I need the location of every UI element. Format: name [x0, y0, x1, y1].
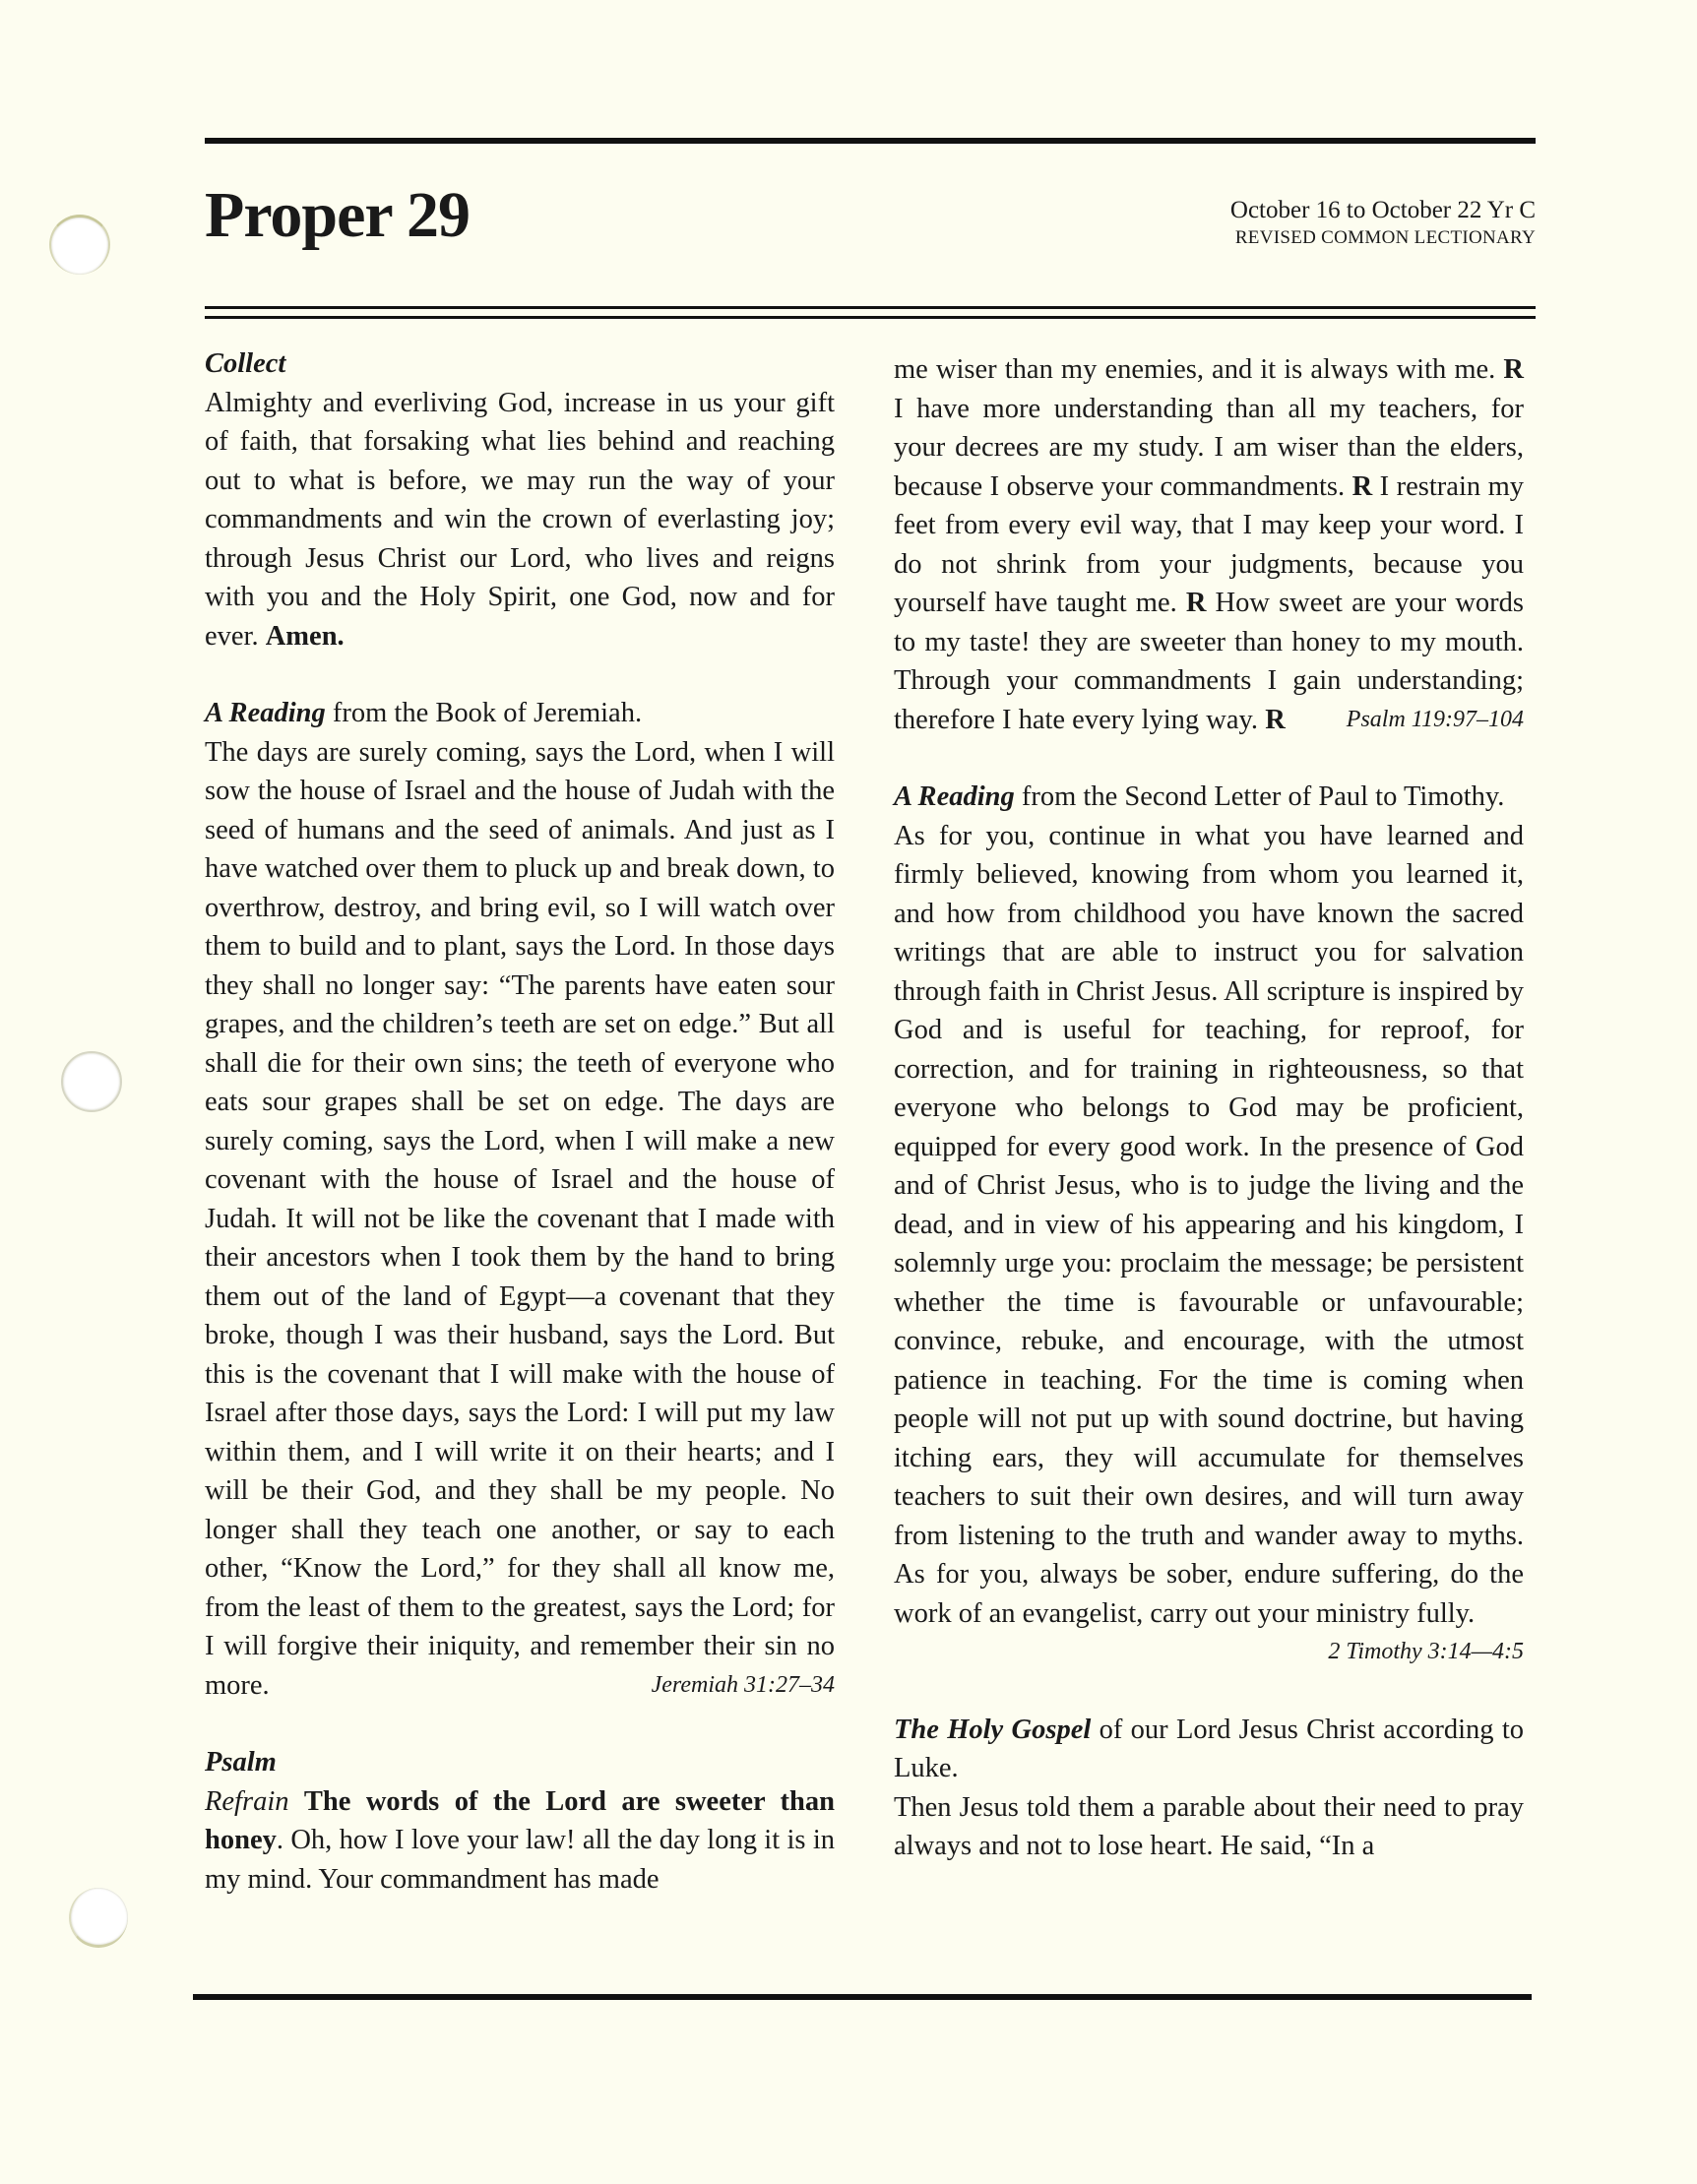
reading-lead: A Reading — [894, 781, 1015, 812]
page-title: Proper 29 — [205, 183, 470, 248]
psalm-text-right: me wiser than my enemies, and it is alwa… — [894, 350, 1524, 739]
collect-text: Almighty and everliving God, increase in… — [205, 384, 835, 656]
header-rule-lower — [205, 316, 1536, 319]
lectionary-label: REVISED COMMON LECTIONARY — [1230, 226, 1536, 250]
reading-intro: from the Second Letter of Paul to Timoth… — [1015, 781, 1505, 812]
response-marker: R — [1503, 354, 1524, 385]
top-rule — [205, 138, 1536, 144]
second-reading-intro: A Reading from the Second Letter of Paul… — [894, 778, 1524, 817]
psalm-refrain: Refrain The words of the Lord are sweete… — [205, 1782, 835, 1900]
second-reading-reference: 2 Timothy 3:14—4:5 — [1328, 1633, 1524, 1672]
second-reading-body: As for you, continue in what you have le… — [894, 821, 1524, 1629]
bottom-rule — [193, 1994, 1532, 2000]
gospel-lead: The Holy Gospel — [894, 1715, 1091, 1745]
psalm-section-continued: me wiser than my enemies, and it is alwa… — [894, 350, 1524, 739]
first-reading-section: A Reading from the Book of Jeremiah. The… — [205, 694, 835, 1705]
reading-lead: A Reading — [205, 698, 326, 728]
psalm-heading: Psalm — [205, 1743, 835, 1782]
response-marker: R — [1265, 705, 1286, 735]
gospel-section: The Holy Gospel of our Lord Jesus Christ… — [894, 1711, 1524, 1866]
response-marker: R — [1352, 471, 1373, 502]
punch-hole-top — [49, 215, 110, 275]
header-meta: October 16 to October 22 Yr C REVISED CO… — [1230, 195, 1536, 250]
punch-hole-middle — [61, 1051, 122, 1112]
collect-heading: Collect — [205, 344, 835, 384]
first-reading-reference: Jeremiah 31:27–34 — [652, 1666, 835, 1706]
left-column: Collect Almighty and everliving God, inc… — [205, 344, 835, 1937]
gospel-intro: The Holy Gospel of our Lord Jesus Christ… — [894, 1711, 1524, 1788]
second-reading-text: As for you, continue in what you have le… — [894, 817, 1524, 1634]
refrain-label: Refrain — [205, 1786, 289, 1817]
punch-hole-bottom — [69, 1888, 128, 1948]
response-marker: R — [1186, 588, 1207, 618]
first-reading-text: The days are surely coming, says the Lor… — [205, 733, 835, 1706]
header-rule-upper — [205, 306, 1536, 309]
psalm-reference: Psalm 119:97–104 — [1347, 701, 1524, 740]
amen: Amen. — [266, 621, 345, 652]
psalm-text-left: . Oh, how I love your law! all the day l… — [205, 1825, 835, 1895]
first-reading-body: The days are surely coming, says the Lor… — [205, 737, 835, 1701]
second-reading-section: A Reading from the Second Letter of Paul… — [894, 778, 1524, 1672]
psalm-section-start: Psalm Refrain The words of the Lord are … — [205, 1743, 835, 1899]
right-column: me wiser than my enemies, and it is alwa… — [894, 350, 1524, 1904]
gospel-text: Then Jesus told them a parable about the… — [894, 1788, 1524, 1866]
psalm-verse-1: me wiser than my enemies, and it is alwa… — [894, 354, 1495, 385]
collect-section: Collect Almighty and everliving God, inc… — [205, 344, 835, 655]
reading-intro: from the Book of Jeremiah. — [326, 698, 642, 728]
date-range: October 16 to October 22 Yr C — [1230, 195, 1536, 226]
collect-body: Almighty and everliving God, increase in… — [205, 388, 835, 652]
first-reading-intro: A Reading from the Book of Jeremiah. — [205, 694, 835, 733]
